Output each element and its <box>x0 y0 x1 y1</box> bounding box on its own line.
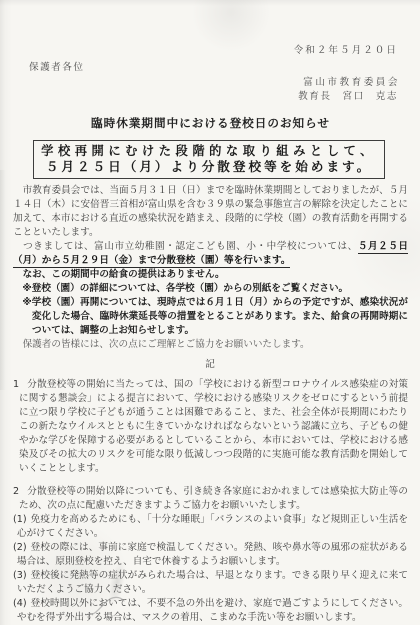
no-lunch-notice: なお、この期間中の給食の提供はありません。 <box>13 268 408 282</box>
item-2-number: 2 <box>13 485 19 499</box>
sub-item-2-text: 登校の際には、事前に家庭で検温してください。発熱、咳や鼻水等の風邪の症状がある場… <box>17 542 408 567</box>
document-date: 令和２年５月２０日 <box>13 44 398 57</box>
sub-item-2: (2)登校の際には、事前に家庭で検温してください。発熱、咳や鼻水等の風邪の症状が… <box>13 541 408 569</box>
item-1-number: 1 <box>13 378 19 392</box>
note-reopening-schedule: ※学校（園）再開については、現時点では６月１日（月）からの予定ですが、感染状況が… <box>13 296 408 338</box>
record-marker: 記 <box>13 358 408 372</box>
sub-item-1: (1)免疫力を高めるためにも、「十分な睡眠」「バランスのよい食事」など規則正しい… <box>13 513 408 541</box>
sub-item-1-text: 免疫力を高めるためにも、「十分な睡眠」「バランスのよい食事」など規則正しい生活を… <box>17 514 408 539</box>
recipient-line: 保護者各位 <box>29 61 408 74</box>
schedule-paragraph: つきましては、富山市立幼稚園・認定こども園、小・中学校については、５月２５日（月… <box>13 240 408 268</box>
sub-item-4-number: (4) <box>13 597 27 611</box>
sender-person: 教育長 宮口 克志 <box>13 90 398 103</box>
note-attendance-detail: ※登校（園）の詳細については、各学校（園）からの別紙をご覧ください。 <box>13 282 408 296</box>
pencil-scribble-artifact <box>84 592 136 620</box>
sub-item-3-number: (3) <box>13 569 27 583</box>
sub-item-4: (4)登校時間以外においては、不要不急の外出を避け、家庭で過ごすようにしてくださ… <box>13 597 408 625</box>
sub-item-2-number: (2) <box>13 541 27 555</box>
headline-box: 学校再開にむけた段階的な取り組みとして、 ５月２５日（月）より分散登校等を始めま… <box>33 140 385 179</box>
page-title: 臨時休業期間中における登校日のお知らせ <box>13 116 408 130</box>
intro-paragraph: 市教育委員会では、当面５月３１日（日）までを臨時休業期間としておりましたが、５月… <box>13 184 408 240</box>
document-content: 令和２年５月２０日 保護者各位 富山市教育委員会 教育長 宮口 克志 臨時休業期… <box>0 0 420 625</box>
sender-organization: 富山市教育委員会 <box>13 76 400 89</box>
schedule-lead-text: つきましては、富山市立幼稚園・認定こども園、小・中学校については、 <box>13 241 358 252</box>
numbered-item-2: 2分散登校等の開始以降についても、引き続き各家庭におかれましては感染拡大防止等の… <box>13 485 408 513</box>
item-1-text: 分散登校等の開始に当たっては、国の「学校における新型コロナウイルス感染症の対策に… <box>19 379 408 474</box>
request-to-guardians: 保護者の皆様には、次の点にご理解とご協力をお願いいたします。 <box>13 338 408 352</box>
item-2-text: 分散登校等の開始以降についても、引き続き各家庭におかれましては感染拡大防止等のた… <box>19 486 408 511</box>
sub-item-4-text: 登校時間以外においては、不要不急の外出を避け、家庭で過ごすようにしてください。や… <box>17 598 408 623</box>
sub-item-1-number: (1) <box>13 513 27 527</box>
sub-item-3-text: 登校後に発熱等の症状がみられた場合は、早退となります。できる限り早く迎えに来てい… <box>17 570 408 595</box>
numbered-item-1: 1分散登校等の開始に当たっては、国の「学校における新型コロナウイルス感染症の対策… <box>13 378 408 476</box>
scanned-notice-page: 令和２年５月２０日 保護者各位 富山市教育委員会 教育長 宮口 克志 臨時休業期… <box>0 0 420 625</box>
headline-line-1: 学校再開にむけた段階的な取り組みとして、 <box>36 144 382 159</box>
sub-item-3: (3)登校後に発熱等の症状がみられた場合は、早退となります。できる限り早く迎えに… <box>13 569 408 597</box>
headline-line-2: ５月２５日（月）より分散登校等を始めます。 <box>36 159 382 174</box>
